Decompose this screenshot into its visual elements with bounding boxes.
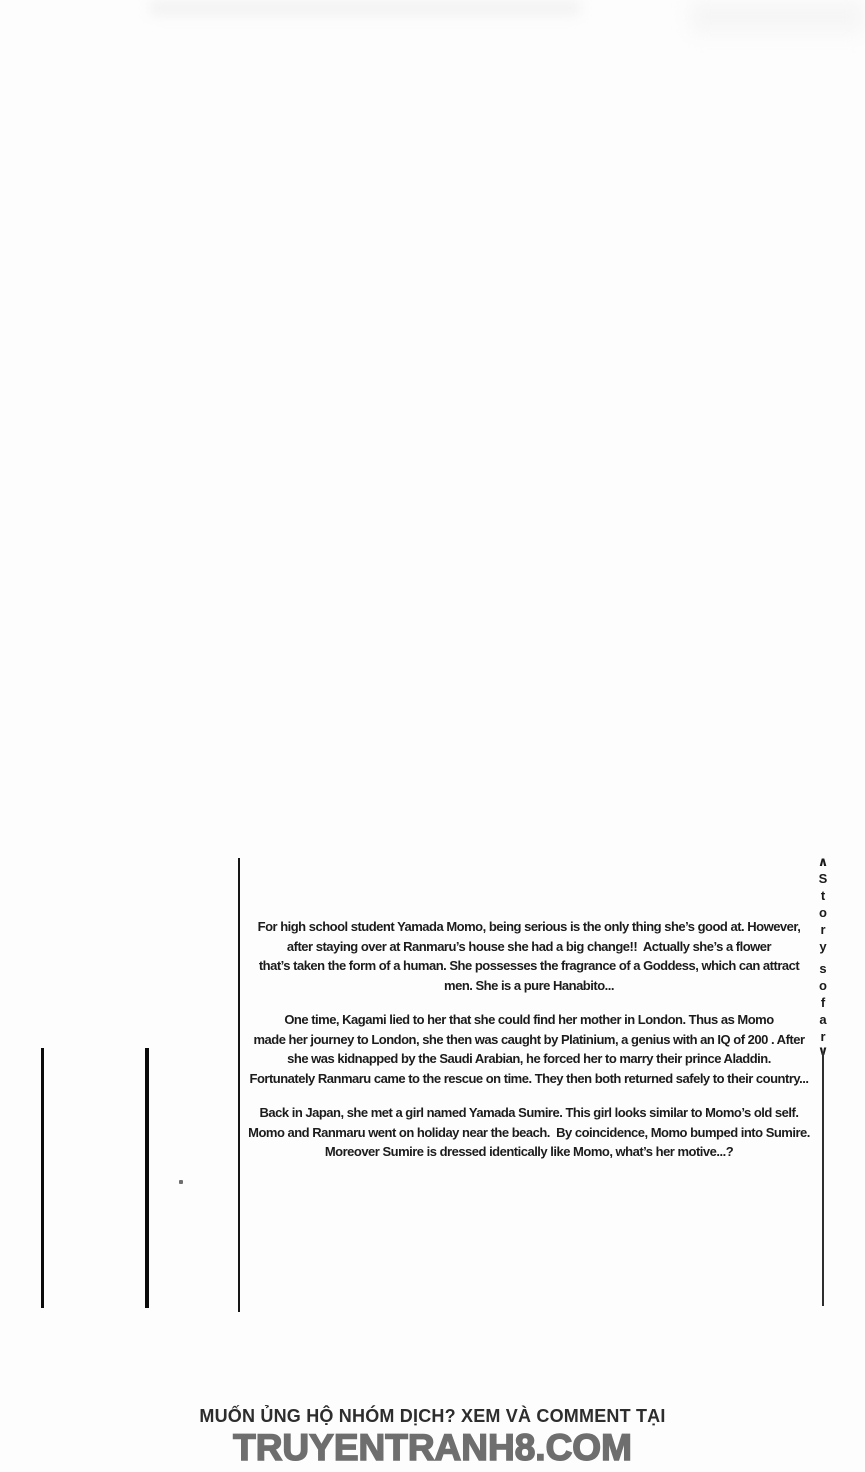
left-ink-bar — [145, 1048, 149, 1308]
side-label-rule — [822, 1052, 824, 1306]
dust-speck — [179, 1180, 183, 1184]
scan-artifact-top-right — [690, 0, 865, 34]
left-ink-bar — [41, 1048, 44, 1308]
translator-credit-footer: MUỐN ỦNG HỘ NHÓM DỊCH? XEM VÀ COMMENT TẠ… — [0, 1404, 865, 1468]
side-label-letter: y — [810, 938, 836, 955]
side-label-letter: t — [810, 887, 836, 904]
support-message-text: MUỐN ỦNG HỘ NHÓM DỊCH? XEM VÀ COMMENT TẠ… — [0, 1404, 865, 1428]
site-name-text: TRUYENTRANH8.COM — [0, 1428, 865, 1468]
synopsis-paragraph: For high school student Yamada Momo, bei… — [240, 917, 818, 995]
story-so-far-vertical-label: ∧ S t o r y s o f a r ∨ — [810, 856, 836, 1059]
manga-page: For high school student Yamada Momo, bei… — [0, 0, 865, 1472]
side-label-letter: s — [810, 960, 836, 977]
side-label-letter: a — [810, 1011, 836, 1028]
scan-artifact-top — [150, 0, 580, 16]
side-label-letter: o — [810, 977, 836, 994]
synopsis-paragraph: One time, Kagami lied to her that she co… — [240, 1010, 818, 1088]
side-label-letter: r — [810, 921, 836, 938]
side-label-letter: o — [810, 904, 836, 921]
story-synopsis: For high school student Yamada Momo, bei… — [240, 917, 818, 1177]
chevron-up-icon: ∧ — [810, 856, 836, 870]
side-label-letter: S — [810, 870, 836, 887]
synopsis-paragraph: Back in Japan, she met a girl named Yama… — [240, 1103, 818, 1162]
side-label-letter: f — [810, 994, 836, 1011]
side-label-letter: r — [810, 1028, 836, 1045]
